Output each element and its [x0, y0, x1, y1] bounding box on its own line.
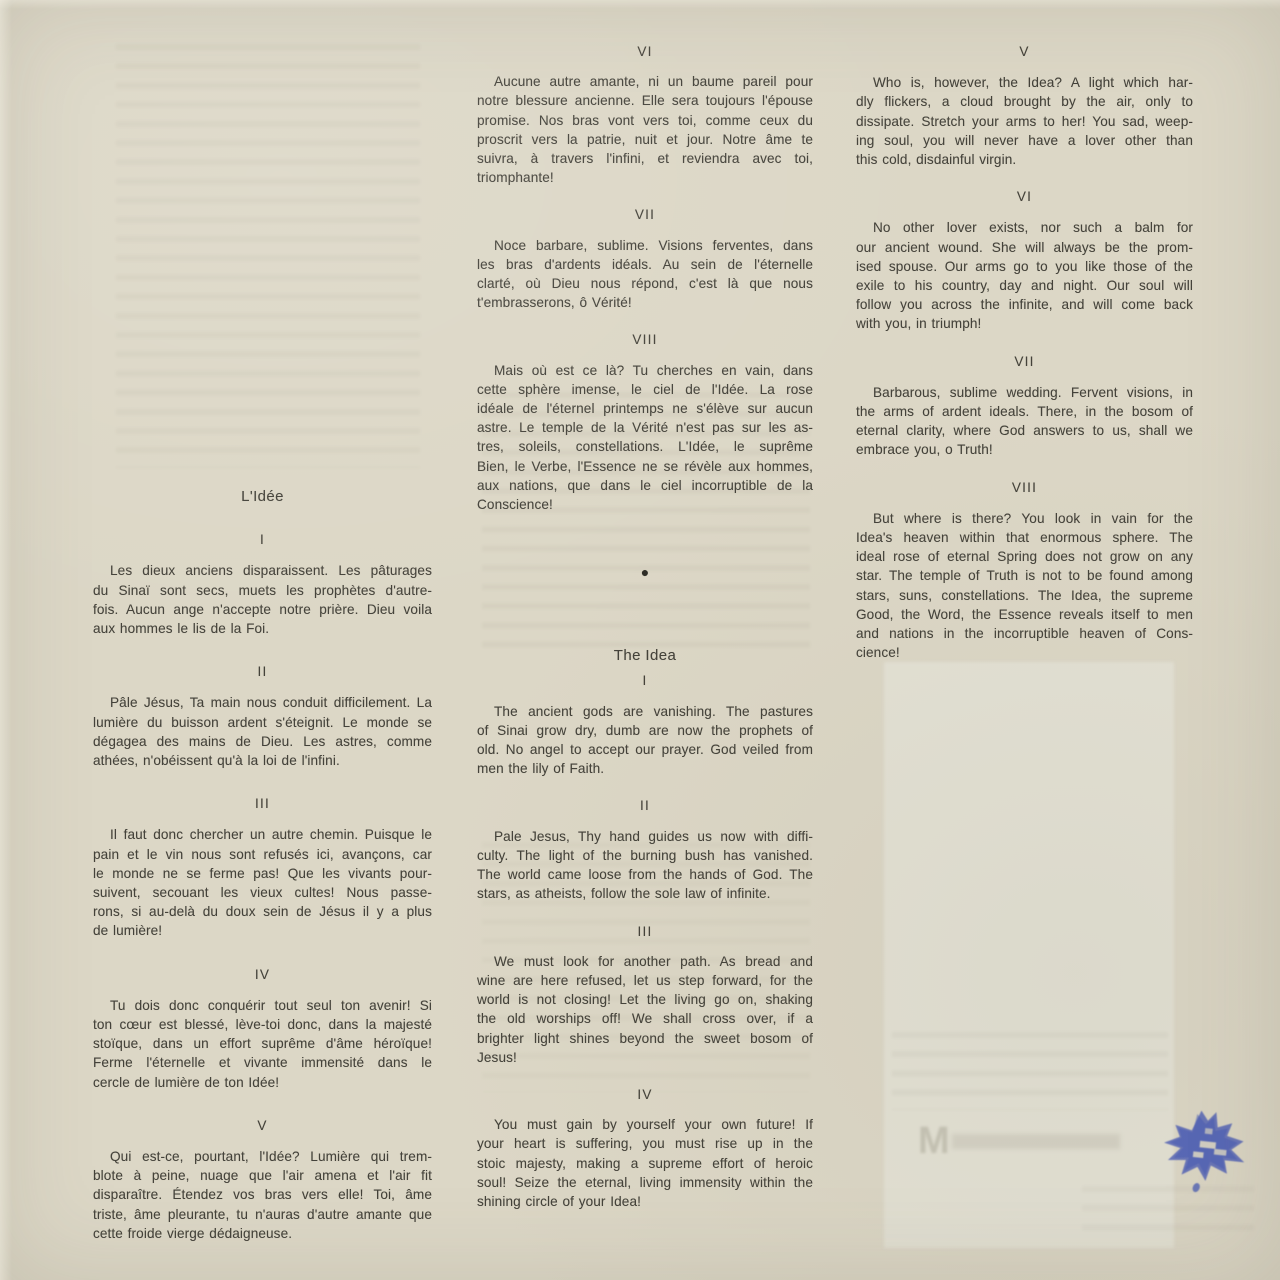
text-line: suivent, secouant les vieux cultes! Nous… [93, 883, 432, 902]
english-sections-5-8: VWho is, however, the Idea? A light whic… [856, 42, 1193, 662]
text-line: Conscience! [477, 495, 813, 514]
text-line: The ancient gods are vanishing. The past… [477, 702, 813, 721]
text-line: disparaître. Étendez vos bras vers elle!… [93, 1185, 432, 1204]
text-line: astre. Le temple de la Vérité n'est pas … [477, 418, 813, 437]
french-column: L'Idée ILes dieux anciens disparaissent.… [93, 487, 432, 1243]
text-line: Aucune autre amante, ni un baume pareil … [477, 72, 813, 91]
text-line: Good, the Word, the Essence reveals itse… [856, 605, 1193, 624]
text-line: Il faut donc chercher un autre chemin. P… [93, 825, 432, 844]
text-line: Who is, however, the Idea? A light which… [856, 73, 1193, 92]
section-number: I [93, 530, 432, 549]
poem-paragraph: Pale Jesus, Thy hand guides us now with … [477, 827, 813, 904]
text-line: Qui est-ce, pourtant, l'Idée? Lumière qu… [93, 1147, 432, 1166]
text-line: notre blessure ancienne. Elle sera toujo… [477, 91, 813, 110]
text-line: this cold, disdainful virgin. [856, 150, 1193, 169]
text-line: Idea's heaven within that enormous spher… [856, 528, 1193, 547]
poem-paragraph: Les dieux anciens disparaissent. Les pât… [93, 561, 432, 638]
page-top-edge-highlight [0, 0, 1280, 9]
text-line: culty. The light of the burning bush has… [477, 846, 813, 865]
english-sections-1-4: IThe ancient gods are vanishing. The pas… [477, 671, 813, 1211]
text-line: blote à peine, nuage que l'air amena et … [93, 1166, 432, 1185]
showthrough-logo-word [952, 1134, 1120, 1149]
text-line: Ferme l'éternelle et vivante immensité d… [93, 1053, 432, 1072]
section-number: VIII [856, 478, 1193, 497]
text-line: Barbarous, sublime wedding. Fervent visi… [856, 383, 1193, 402]
poem-paragraph: Who is, however, the Idea? A light which… [856, 73, 1193, 169]
text-line: soul! Seize the eternal, living immensit… [477, 1173, 813, 1192]
text-line: ideal rose of eternal Spring does not gr… [856, 547, 1193, 566]
section-number: III [93, 794, 432, 813]
poem-title-french: L'Idée [93, 487, 432, 506]
poem-paragraph: Il faut donc chercher un autre chemin. P… [93, 825, 432, 940]
section-number: I [477, 671, 813, 690]
middle-column: VIAucune autre amante, ni un baume parei… [477, 36, 813, 1211]
text-line: de lumière! [93, 921, 432, 940]
text-line: wine are here refused, let us step forwa… [477, 971, 813, 990]
text-line: Pâle Jésus, Ta main nous conduit diffici… [93, 693, 432, 712]
text-line: world is not closing! Let the living go … [477, 990, 813, 1009]
poem-paragraph: Qui est-ce, pourtant, l'Idée? Lumière qu… [93, 1147, 432, 1243]
text-line: The world came loose from the hands of G… [477, 865, 813, 884]
text-line: tres, soleils, constellations. L'Idée, l… [477, 437, 813, 456]
poem-paragraph: No other lover exists, nor such a balm f… [856, 218, 1193, 333]
text-line: ing soul, you will never have a lover ot… [856, 131, 1193, 150]
section-divider-dot: ● [477, 566, 813, 578]
poem-paragraph: Tu dois donc conquérir tout seul ton ave… [93, 996, 432, 1092]
poem-paragraph: We must look for another path. As bread … [477, 952, 813, 1067]
text-line: exile to his country, day and night. Our… [856, 276, 1193, 295]
text-line: rons, si au-delà du doux sein de Jésus i… [93, 902, 432, 921]
text-line: lumière du buisson ardent s'éteignit. Le… [93, 713, 432, 732]
text-line: fois. Aucun ange n'accepte notre prière.… [93, 600, 432, 619]
text-line: of Sinai grow dry, dumb are now the prop… [477, 721, 813, 740]
section-number: VI [856, 187, 1193, 206]
text-line: embrace you, o Truth! [856, 440, 1193, 459]
text-line: eternal clarity, where God answers to us… [856, 421, 1193, 440]
text-line: idéale de l'éternel printemps ne s'élève… [477, 399, 813, 418]
text-line: clarté, où Dieu nous répond, c'est là qu… [477, 274, 813, 293]
text-line: suivra, à travers l'infini, et reviendra… [477, 149, 813, 168]
text-line: stoïque, dans un effort suprême d'âme hé… [93, 1034, 432, 1053]
text-line: aux hommes le lis de la Foi. [93, 619, 432, 638]
text-line: follow you across the infinite, and will… [856, 295, 1193, 314]
text-line: aux nations, que dans le ciel incorrupti… [477, 476, 813, 495]
text-line: and nations in the incorruptible heaven … [856, 624, 1193, 643]
page-left-edge-highlight [0, 0, 12, 1280]
text-line: But where is there? You look in vain for… [856, 509, 1193, 528]
blue-maple-leaf-ink-stamp [1151, 1099, 1254, 1200]
text-line: proscrit vers la patrie, nuit et jour. N… [477, 130, 813, 149]
text-line: cette sphère imense, le ciel de l'Idée. … [477, 380, 813, 399]
text-line: the old worships off! We shall cross ove… [477, 1009, 813, 1028]
text-line: Pale Jesus, Thy hand guides us now with … [477, 827, 813, 846]
text-line: Bien, le Verbe, l'Essence ne se révèle a… [477, 457, 813, 476]
section-number: IV [93, 965, 432, 984]
poem-paragraph: Noce barbare, sublime. Visions ferventes… [477, 236, 813, 313]
text-line: Mais où est ce là? Tu cherches en vain, … [477, 361, 813, 380]
poem-paragraph: Mais où est ce là? Tu cherches en vain, … [477, 361, 813, 515]
text-line: pain et le vin nous sont refusés ici, av… [93, 845, 432, 864]
text-line: ised spouse. Our arms go to you like tho… [856, 257, 1193, 276]
text-line: Tu dois donc conquérir tout seul ton ave… [93, 996, 432, 1015]
text-line: dly flickers, a cloud brought by the air… [856, 92, 1193, 111]
text-line: star. The temple of Truth is not to be f… [856, 566, 1193, 585]
text-line: ton cœur est blessé, lève-toi donc, dans… [93, 1015, 432, 1034]
section-number: II [93, 662, 432, 681]
text-line: Les dieux anciens disparaissent. Les pât… [93, 561, 432, 580]
text-line: men the lily of Faith. [477, 759, 813, 778]
poem-paragraph: Barbarous, sublime wedding. Fervent visi… [856, 383, 1193, 460]
section-number: III [477, 922, 813, 941]
poem-paragraph: But where is there? You look in vain for… [856, 509, 1193, 663]
poem-title-english: The Idea [477, 646, 813, 665]
text-line: stoic majesty, making a supreme effort o… [477, 1154, 813, 1173]
text-line: stars, suns, constellations. The Idea, t… [856, 586, 1193, 605]
text-line: old. No angel to accept our prayer. God … [477, 740, 813, 759]
text-line: dissipate. Stretch your arms to her! You… [856, 112, 1193, 131]
text-line: promise. Nos bras vont vers toi, comme c… [477, 111, 813, 130]
text-line: triomphante! [477, 168, 813, 187]
poem-paragraph: The ancient gods are vanishing. The past… [477, 702, 813, 779]
text-line: athées, n'obéissent qu'à la loi de l'inf… [93, 751, 432, 770]
text-line: brighter light shines beyond the sweet b… [477, 1029, 813, 1048]
text-line: du Sinaï sont secs, muets les prophètes … [93, 581, 432, 600]
text-line: We must look for another path. As bread … [477, 952, 813, 971]
text-line: triste, âme pleurante, tu n'auras d'autr… [93, 1205, 432, 1224]
text-line: cercle de lumière de ton Idée! [93, 1073, 432, 1092]
poem-paragraph: Pâle Jésus, Ta main nous conduit diffici… [93, 693, 432, 770]
french-sections-1-5: ILes dieux anciens disparaissent. Les pâ… [93, 530, 432, 1243]
text-line: No other lover exists, nor such a balm f… [856, 218, 1193, 237]
text-line: dégagea des mains de Dieu. Les astres, c… [93, 732, 432, 751]
section-number: V [93, 1116, 432, 1135]
text-line: You must gain by yourself your own futur… [477, 1115, 813, 1134]
text-line: your heart is suffering, you must rise u… [477, 1134, 813, 1153]
text-line: le monde ne se ferme pas! Que les vivant… [93, 864, 432, 883]
showthrough-text-block [892, 1032, 1168, 1110]
text-line: Jesus! [477, 1048, 813, 1067]
text-line: with you, in triumph! [856, 314, 1193, 333]
french-sections-6-8: VIAucune autre amante, ni un baume parei… [477, 42, 813, 514]
section-number: V [856, 42, 1193, 61]
section-number: VII [477, 205, 813, 224]
section-number: II [477, 796, 813, 815]
text-line: les bras d'ardents idéals. Au sein de l'… [477, 255, 813, 274]
text-line: cience! [856, 643, 1193, 662]
section-number: VII [856, 352, 1193, 371]
scanned-poem-page: M L'Idée ILes dieux anciens disparaissen… [0, 0, 1280, 1280]
text-line: the arms of ardent ideals. There, in the… [856, 402, 1193, 421]
section-number: VIII [477, 330, 813, 349]
text-line: cette froide vierge dédaigneuse. [93, 1224, 432, 1243]
section-number: IV [477, 1085, 813, 1104]
showthrough-text-block [116, 44, 420, 468]
text-line: our ancient wound. She will always be th… [856, 238, 1193, 257]
text-line: shining circle of your Idea! [477, 1192, 813, 1211]
showthrough-logo-letter: M [918, 1122, 950, 1160]
showthrough-light-rectangle [884, 662, 1174, 1248]
poem-paragraph: Aucune autre amante, ni un baume pareil … [477, 72, 813, 187]
english-column: VWho is, however, the Idea? A light whic… [856, 36, 1193, 662]
section-number: VI [477, 42, 813, 61]
text-line: stars, as atheists, follow the sole law … [477, 884, 813, 903]
poem-paragraph: You must gain by yourself your own futur… [477, 1115, 813, 1211]
text-line: Noce barbare, sublime. Visions ferventes… [477, 236, 813, 255]
text-line: t'embrasserons, ô Vérité! [477, 293, 813, 312]
